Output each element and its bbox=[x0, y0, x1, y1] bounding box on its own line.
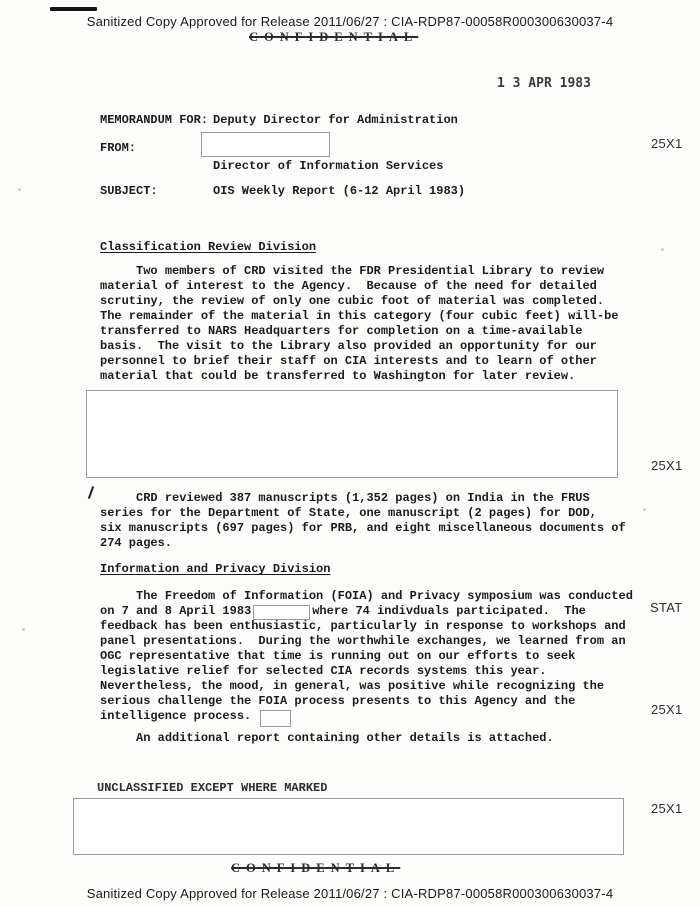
paragraph-additional-report: An additional report containing other de… bbox=[100, 731, 652, 746]
subject-label: SUBJECT: bbox=[100, 184, 158, 199]
scan-artifact-bar bbox=[50, 7, 97, 11]
from-title: Director of Information Services bbox=[213, 159, 443, 174]
paragraph-crd-fdr-library: Two members of CRD visited the FDR Presi… bbox=[100, 264, 652, 384]
memorandum-for-label: MEMORANDUM FOR: bbox=[100, 113, 208, 128]
scan-artifact-slash bbox=[88, 486, 94, 499]
unclassified-marking: UNCLASSIFIED EXCEPT WHERE MARKED bbox=[97, 781, 327, 796]
paragraph-foia-symposium: The Freedom of Information (FOIA) and Pr… bbox=[100, 589, 652, 724]
scan-speck bbox=[22, 628, 25, 631]
margin-label-25x1-from: 25X1 bbox=[651, 136, 683, 151]
redaction-box-from bbox=[201, 132, 330, 157]
scan-speck bbox=[18, 188, 21, 191]
date-stamp: 1 3 APR 1983 bbox=[497, 76, 591, 91]
subject-value: OIS Weekly Report (6-12 April 1983) bbox=[213, 184, 465, 199]
redaction-box-large-2 bbox=[73, 798, 624, 855]
confidential-stamp-bottom: CONFIDENTIAL bbox=[231, 861, 400, 876]
section-heading-classification-review: Classification Review Division bbox=[100, 240, 316, 255]
confidential-stamp-top: CONFIDENTIAL bbox=[249, 30, 418, 45]
release-header-line: Sanitized Copy Approved for Release 2011… bbox=[0, 14, 700, 29]
redaction-box-inline-end bbox=[260, 710, 291, 727]
redaction-box-large-1 bbox=[86, 390, 618, 478]
margin-label-stat: STAT bbox=[650, 600, 683, 615]
from-label: FROM: bbox=[100, 141, 136, 156]
document-page: Sanitized Copy Approved for Release 2011… bbox=[0, 0, 700, 906]
margin-label-25x1-inline: 25X1 bbox=[651, 702, 683, 717]
memorandum-for-value: Deputy Director for Administration bbox=[213, 113, 458, 128]
redaction-box-inline-foia bbox=[253, 605, 310, 620]
scan-speck bbox=[661, 248, 664, 251]
section-heading-information-privacy: Information and Privacy Division bbox=[100, 562, 330, 577]
margin-label-25x1-box1: 25X1 bbox=[651, 458, 683, 473]
release-footer-line: Sanitized Copy Approved for Release 2011… bbox=[0, 886, 700, 901]
margin-label-25x1-box2: 25X1 bbox=[651, 801, 683, 816]
paragraph-foia-text-2: where 74 indivduals participated. The fe… bbox=[100, 604, 626, 723]
paragraph-crd-manuscripts: CRD reviewed 387 manuscripts (1,352 page… bbox=[100, 491, 652, 551]
